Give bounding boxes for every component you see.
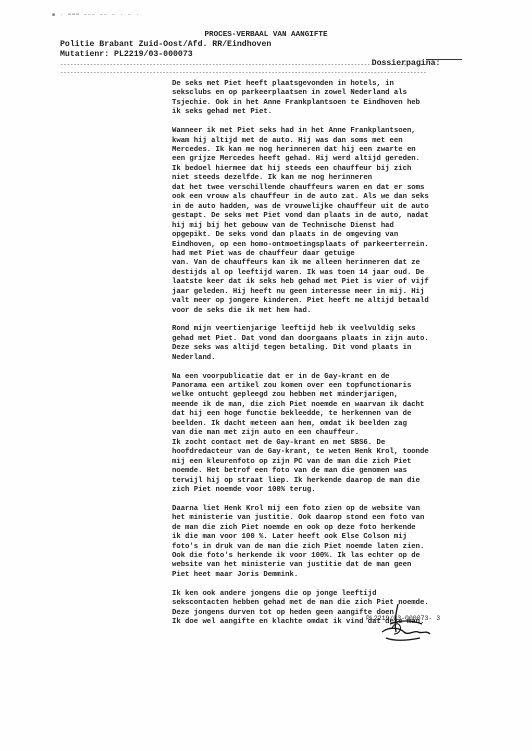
paragraph: Na een voorpublicatie dat er in de Gay-k… bbox=[172, 373, 472, 496]
dossier-page-blank bbox=[426, 59, 462, 60]
signature-icon bbox=[360, 602, 440, 644]
paragraph: Daarna liet Henk Krol mij een foto zien … bbox=[172, 505, 472, 581]
document-title: PROCES-VERBAAL VAN AANGIFTE bbox=[0, 31, 532, 39]
paragraph: De seks met Piet heeft plaatsgevonden in… bbox=[172, 80, 472, 118]
separator-line: ----------------------------------------… bbox=[60, 61, 450, 68]
paragraph: Wanneer ik met Piet seks had in het Anne… bbox=[172, 127, 472, 316]
document-page: ■ · ═══ ─── ── ─ · ─ · PROCES-VERBAAL VA… bbox=[0, 0, 532, 751]
statement-body: De seks met Piet heeft plaatsgevonden in… bbox=[172, 80, 472, 637]
paragraph: Rond mijn veertienjarige leeftijd heb ik… bbox=[172, 325, 472, 363]
mutation-number: Mutatienr: PL2219/03-000073 bbox=[60, 50, 193, 59]
scan-noise-header: ■ · ═══ ─── ── ─ · ─ · bbox=[52, 12, 140, 18]
organisation-line: Politie Brabant Zuid-Oost/Afd. RR/Eindho… bbox=[60, 40, 271, 49]
separator-line: ----------------------------------------… bbox=[60, 69, 450, 76]
